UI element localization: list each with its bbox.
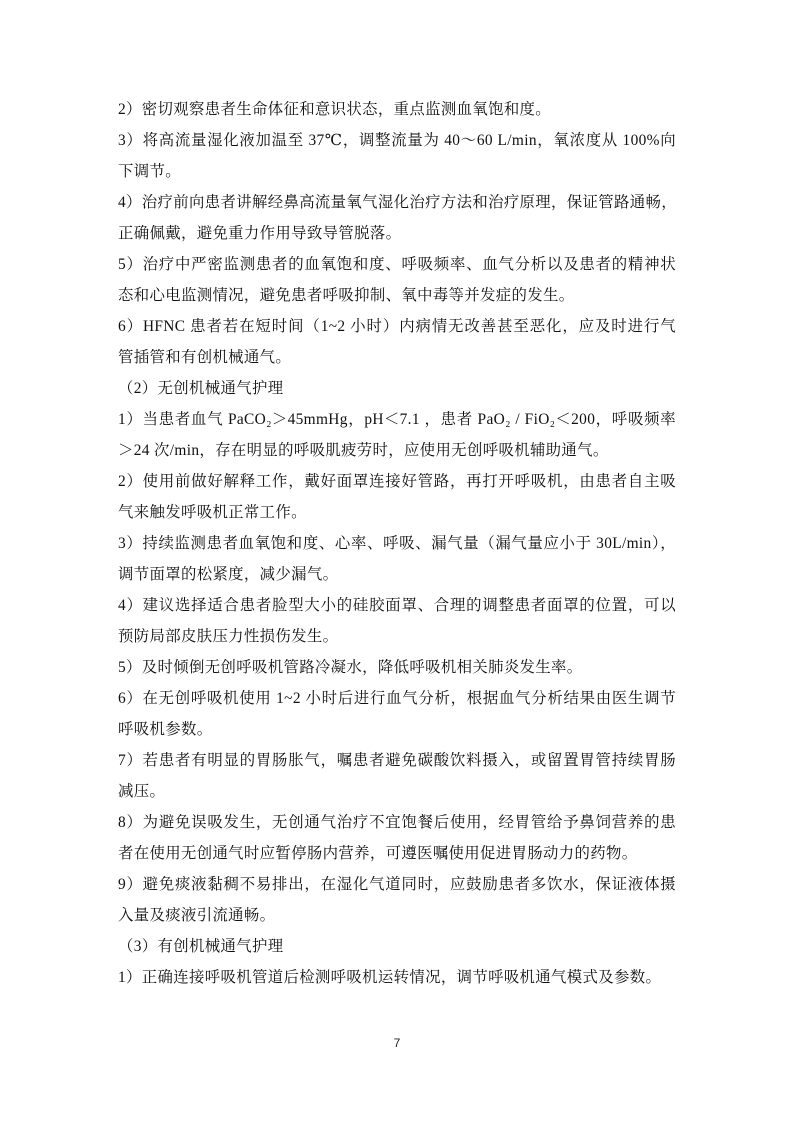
text-line: 3）将高流量湿化液加温至 37℃，调整流量为 40～60 L/min，氧浓度从 … bbox=[118, 130, 676, 161]
text-line: 6）在无创呼吸机使用 1~2 小时后进行血气分析，根据血气分析结果由医生调节 bbox=[118, 688, 676, 719]
page-number: 7 bbox=[0, 1036, 794, 1050]
text-line: 5）治疗中严密监测患者的血氧饱和度、呼吸频率、血气分析以及患者的精神状 bbox=[118, 254, 676, 285]
text-line: 管插管和有创机械通气。 bbox=[118, 347, 676, 378]
text-line: 者在使用无创通气时应暂停肠内营养，可遵医嘱使用促进胃肠动力的药物。 bbox=[118, 843, 676, 874]
text-line: 5）及时倾倒无创呼吸机管路冷凝水，降低呼吸机相关肺炎发生率。 bbox=[118, 657, 676, 688]
text-line: 入量及痰液引流通畅。 bbox=[118, 905, 676, 936]
text-line: 预防局部皮肤压力性损伤发生。 bbox=[118, 626, 676, 657]
text-line: 2）使用前做好解释工作，戴好面罩连接好管路，再打开呼吸机，由患者自主吸 bbox=[118, 471, 676, 502]
text-line: 9）避免痰液黏稠不易排出，在湿化气道同时，应鼓励患者多饮水，保证液体摄 bbox=[118, 874, 676, 905]
text-line: 6）HFNC 患者若在短时间（1~2 小时）内病情无改善甚至恶化，应及时进行气 bbox=[118, 316, 676, 347]
document-page: 2）密切观察患者生命体征和意识状态，重点监测血氧饱和度。 3）将高流量湿化液加温… bbox=[118, 99, 676, 998]
text-line: 1）正确连接呼吸机管道后检测呼吸机运转情况，调节呼吸机通气模式及参数。 bbox=[118, 967, 676, 998]
text-line: 正确佩戴，避免重力作用导致导管脱落。 bbox=[118, 223, 676, 254]
text-line: 7）若患者有明显的胃肠胀气，嘱患者避免碳酸饮料摄入，或留置胃管持续胃肠 bbox=[118, 750, 676, 781]
text-line: 4）治疗前向患者讲解经鼻高流量氧气湿化治疗方法和治疗原理，保证管路通畅， bbox=[118, 192, 676, 223]
section-heading: （2）无创机械通气护理 bbox=[118, 378, 676, 409]
text-line: 1）当患者血气 PaCO₂＞45mmHg，pH＜7.1 ，患者 PaO₂ / F… bbox=[118, 409, 676, 440]
text-line: 态和心电监测情况，避免患者呼吸抑制、氧中毒等并发症的发生。 bbox=[118, 285, 676, 316]
text-line: 3）持续监测患者血氧饱和度、心率、呼吸、漏气量（漏气量应小于 30L/min）， bbox=[118, 533, 676, 564]
text-line: 调节面罩的松紧度，减少漏气。 bbox=[118, 564, 676, 595]
text-line: 下调节。 bbox=[118, 161, 676, 192]
text-line: 4）建议选择适合患者脸型大小的硅胶面罩、合理的调整患者面罩的位置，可以 bbox=[118, 595, 676, 626]
text-line: 气来触发呼吸机正常工作。 bbox=[118, 502, 676, 533]
text-line: 减压。 bbox=[118, 781, 676, 812]
text-line: 8）为避免误吸发生，无创通气治疗不宜饱餐后使用，经胃管给予鼻饲营养的患 bbox=[118, 812, 676, 843]
section-heading: （3）有创机械通气护理 bbox=[118, 936, 676, 967]
text-line: ＞24 次/min，存在明显的呼吸肌疲劳时，应使用无创呼吸机辅助通气。 bbox=[118, 440, 676, 471]
text-line: 2）密切观察患者生命体征和意识状态，重点监测血氧饱和度。 bbox=[118, 99, 676, 130]
text-line: 呼吸机参数。 bbox=[118, 719, 676, 750]
